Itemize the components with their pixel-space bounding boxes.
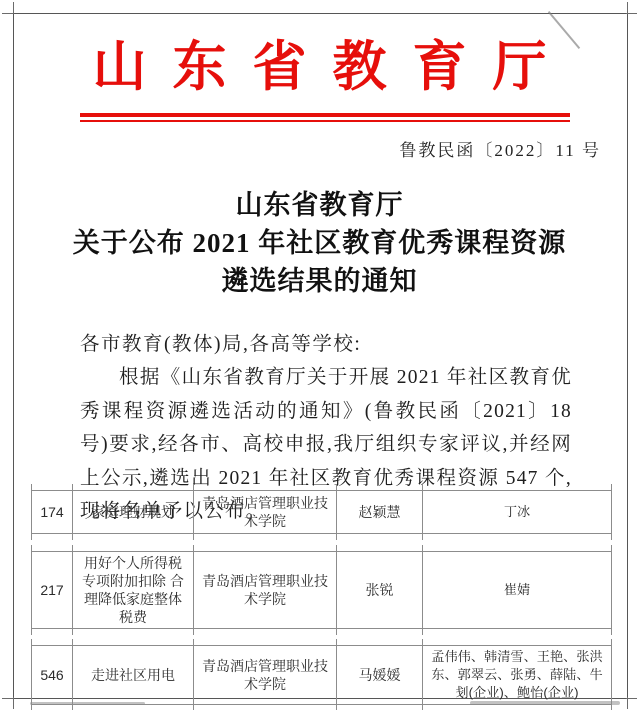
crop-mark-top-left-v	[13, 2, 14, 14]
table-crop-stub	[31, 484, 612, 490]
results-table: 174 家庭理财规划 青岛酒店管理职业技术学院 赵颖慧 丁冰 217 用好个人所…	[31, 484, 612, 710]
cell-institution: 青岛酒店管理职业技术学院	[193, 552, 336, 628]
document-number: 鲁教民函〔2022〕11 号	[80, 136, 601, 161]
table-segment-3: 546 走进社区用电 青岛酒店管理职业技术学院 马媛媛 孟伟伟、韩清雪、王艳、张…	[31, 639, 612, 710]
table-row: 174 家庭理财规划 青岛酒店管理职业技术学院 赵颖慧 丁冰	[31, 490, 612, 534]
table-crop-stub	[31, 534, 612, 540]
cell-institution: 青岛酒店管理职业技术学院	[193, 646, 336, 704]
table-row: 217 用好个人所得税专项附加扣除 合理降低家庭整体税费 青岛酒店管理职业技术学…	[31, 551, 612, 629]
table-row: 546 走进社区用电 青岛酒店管理职业技术学院 马媛媛 孟伟伟、韩清雪、王艳、张…	[31, 645, 612, 705]
table-segment-1: 174 家庭理财规划 青岛酒店管理职业技术学院 赵颖慧 丁冰	[31, 484, 612, 540]
divider-thin-line	[80, 120, 570, 122]
cell-leader: 马媛媛	[336, 646, 422, 704]
cell-index: 546	[31, 646, 72, 704]
cell-leader: 张锐	[336, 552, 422, 628]
table-crop-stub	[31, 545, 612, 551]
letterhead-divider	[80, 113, 570, 122]
crop-mark-bottom-left-v	[13, 697, 14, 709]
cell-team-members: 崔婧	[422, 552, 612, 628]
notice-title: 山东省教育厅 关于公布 2021 年社区教育优秀课程资源 遴选结果的通知	[0, 186, 639, 300]
table-crop-stub	[31, 639, 612, 645]
title-line-3: 遴选结果的通知	[0, 262, 639, 300]
divider-thick-line	[80, 113, 570, 117]
title-line-1: 山东省教育厅	[0, 186, 639, 224]
cell-course-name: 用好个人所得税专项附加扣除 合理降低家庭整体税费	[72, 552, 193, 628]
title-line-2: 关于公布 2021 年社区教育优秀课程资源	[0, 224, 639, 262]
cell-team-members: 孟伟伟、韩清雪、王艳、张洪东、郭翠云、张勇、薛陆、牛刬(企业)、鲍怡(企业)	[422, 646, 612, 704]
salutation: 各市教育(教体)局,各高等学校:	[80, 328, 572, 356]
agency-letterhead: 山东省教育厅	[0, 36, 639, 98]
crop-mark-bottom-right-v	[627, 697, 628, 709]
cell-team-members: 丁冰	[422, 491, 612, 533]
cell-institution: 青岛酒店管理职业技术学院	[193, 491, 336, 533]
cell-index: 174	[31, 491, 72, 533]
cell-leader: 赵颖慧	[336, 491, 422, 533]
cell-course-name: 走进社区用电	[72, 646, 193, 704]
table-crop-stub	[31, 629, 612, 635]
table-segment-2: 217 用好个人所得税专项附加扣除 合理降低家庭整体税费 青岛酒店管理职业技术学…	[31, 545, 612, 635]
document-page: { "page": { "colors": { "accent_red": "#…	[0, 0, 639, 710]
cell-course-name: 家庭理财规划	[72, 491, 193, 533]
table-crop-stub	[31, 705, 612, 710]
cell-index: 217	[31, 552, 72, 628]
crop-mark-top-right-v	[627, 2, 628, 14]
